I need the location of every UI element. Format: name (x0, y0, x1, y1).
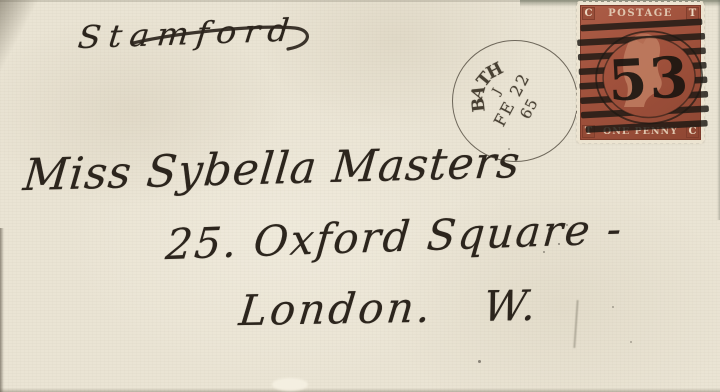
ink-speck (548, 228, 551, 231)
ink-speck (566, 224, 568, 226)
strikethrough-stroke (125, 15, 325, 61)
ink-speck (612, 306, 614, 308)
envelope-left-edge (0, 228, 4, 392)
ink-speck (508, 148, 510, 150)
ink-speck (558, 243, 560, 245)
ink-speck (630, 341, 632, 343)
envelope-scan: Stamford Miss Sybella Masters 25. Oxford… (0, 0, 720, 392)
ink-speck (543, 251, 545, 253)
ink-speck (478, 360, 481, 363)
paper-chip (272, 378, 308, 391)
cancel-number: 53 (607, 44, 692, 114)
duplex-cancel: 53 (550, 4, 720, 148)
corner-shadow (0, 0, 54, 74)
envelope-bottom-edge (0, 388, 720, 392)
address-line-3: London. W. (237, 281, 541, 335)
